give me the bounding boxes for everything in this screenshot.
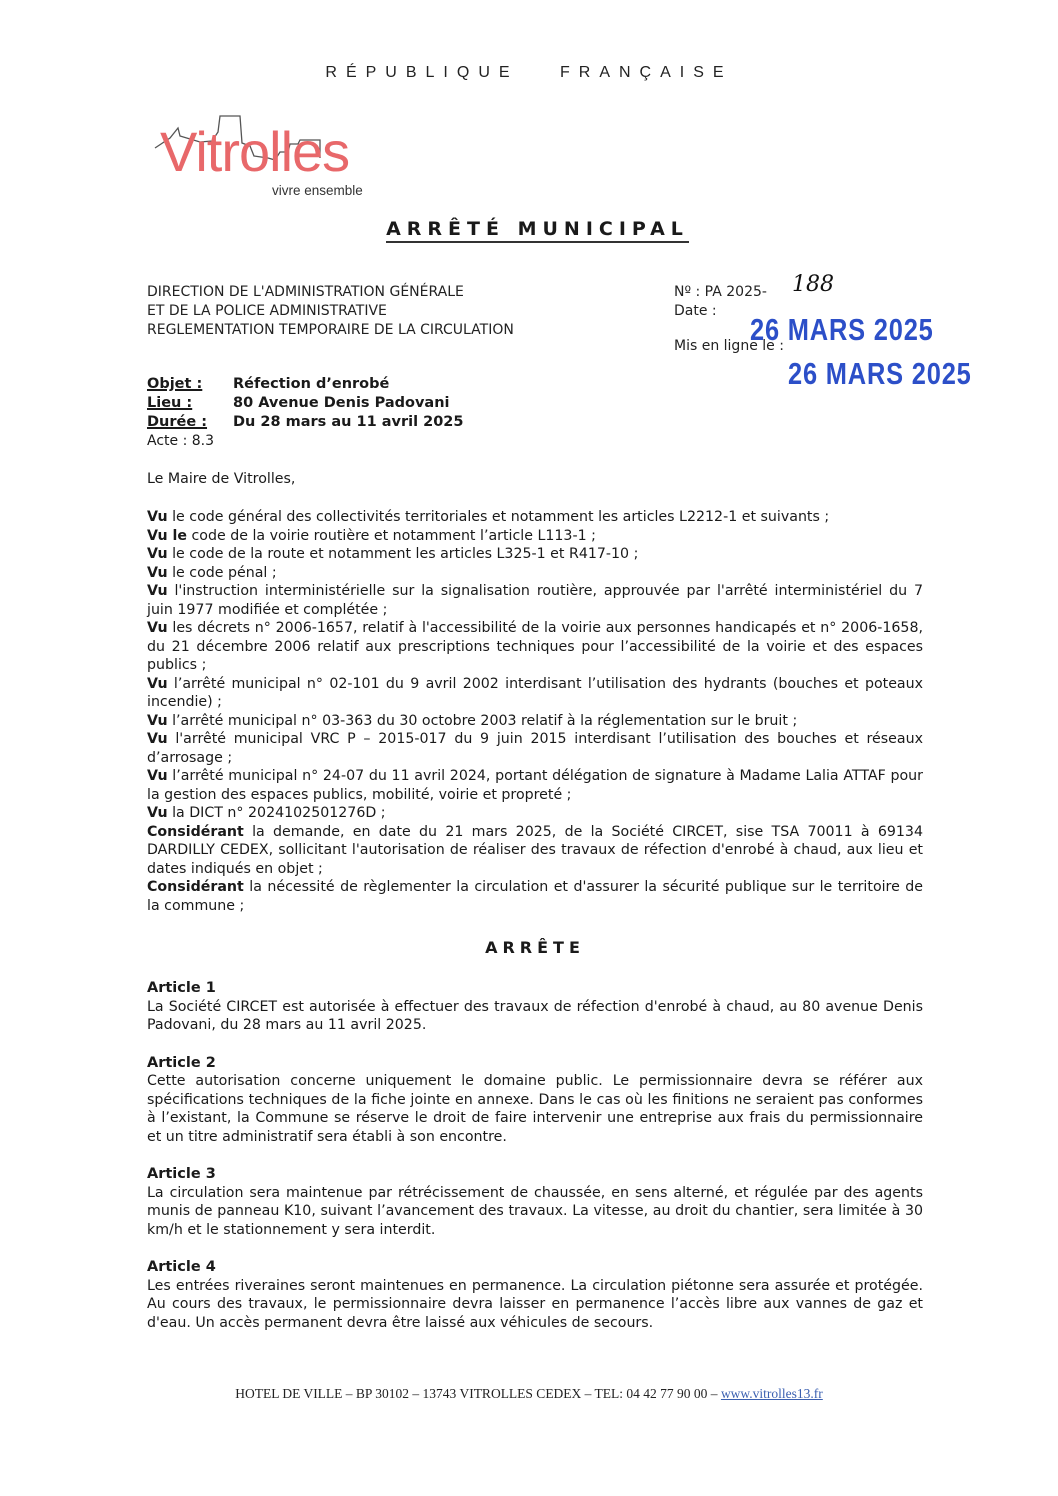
article-title: Article 3 [147,1165,923,1184]
consideration-text: code de la voirie routière et notamment … [187,528,596,544]
consideration-item: Vu le code de la route et notamment les … [147,545,923,564]
consideration-item: Vu les décrets n° 2006-1657, relatif à l… [147,619,923,675]
articles-list: Article 1La Société CIRCET est autorisée… [147,979,923,1351]
acte-number: Acte : 8.3 [147,432,463,451]
arrete-number-label: Nº : PA 2025- [674,284,767,300]
consideration-text: le code pénal ; [168,565,277,581]
consideration-keyword: Vu [147,565,168,581]
maire-line: Le Maire de Vitrolles, [147,470,923,489]
article-title: Article 2 [147,1054,923,1073]
consideration-item: Vu le code général des collectivités ter… [147,508,923,527]
objet-value: Réfection d’enrobé [233,375,389,394]
footer-address: HOTEL DE VILLE – BP 30102 – 13743 VITROL… [235,1386,721,1401]
consideration-keyword: Considérant [147,879,244,895]
consideration-keyword: Vu [147,768,168,784]
article: Article 2Cette autorisation concerne uni… [147,1054,923,1147]
duree-label: Durée : [147,414,207,430]
website-link[interactable]: www.vitrolles13.fr [721,1386,823,1401]
consideration-text: le code de la route et notamment les art… [168,546,639,562]
consideration-text: l'arrêté municipal VRC P – 2015-017 du 9… [147,731,923,766]
logo-tagline: vivre ensemble [272,183,363,198]
duree-value: Du 28 mars au 11 avril 2025 [233,413,463,432]
consideration-text: la nécessité de règlementer la circulati… [147,879,923,914]
consideration-keyword: Vu [147,546,168,562]
lieu-label: Lieu : [147,395,192,411]
consideration-item: Vu le code de la voirie routière et nota… [147,527,923,546]
online-stamp: 26 MARS 2025 [788,356,972,392]
consideration-item: Considérant la nécessité de règlementer … [147,878,923,915]
consideration-text: le code général des collectivités territ… [168,509,830,525]
consideration-text: la DICT n° 2024102501276D ; [168,805,386,821]
consideration-item: Vu l'arrêté municipal VRC P – 2015-017 d… [147,730,923,767]
article-text: La Société CIRCET est autorisée à effect… [147,998,923,1035]
consideration-item: Considérant la demande, en date du 21 ma… [147,823,923,879]
consideration-item: Vu l’arrêté municipal n° 24-07 du 11 avr… [147,767,923,804]
article: Article 4Les entrées riveraines seront m… [147,1258,923,1332]
article-title: Article 1 [147,979,923,998]
francaise-word: FRANÇAISE [560,64,733,81]
republique-word: RÉPUBLIQUE [325,64,518,81]
consideration-text: la demande, en date du 21 mars 2025, de … [147,824,923,877]
page-title: ARRÊTÉ MUNICIPAL [0,218,1058,240]
logo-wordmark: Vitrolles [160,124,349,180]
considerations-list: Vu le code général des collectivités ter… [147,508,923,915]
consideration-item: Vu la DICT n° 2024102501276D ; [147,804,923,823]
article-text: Les entrées riveraines seront maintenues… [147,1277,923,1333]
direction-line: DIRECTION DE L'ADMINISTRATION GÉNÉRALE [147,283,514,302]
arrete-heading: ARRÊTE [0,938,1058,957]
consideration-keyword: Vu le [147,528,187,544]
consideration-keyword: Vu [147,676,168,692]
consideration-item: Vu l’arrêté municipal n° 02-101 du 9 avr… [147,675,923,712]
consideration-item: Vu l'instruction interministérielle sur … [147,582,923,619]
consideration-text: l’arrêté municipal n° 02-101 du 9 avril … [147,676,923,711]
objet-label: Objet : [147,376,202,392]
consideration-keyword: Vu [147,731,168,747]
direction-line: ET DE LA POLICE ADMINISTRATIVE [147,302,514,321]
footer: HOTEL DE VILLE – BP 30102 – 13743 VITROL… [0,1386,1058,1402]
consideration-keyword: Vu [147,713,168,729]
consideration-item: Vu l’arrêté municipal n° 03-363 du 30 oc… [147,712,923,731]
lieu-value: 80 Avenue Denis Padovani [233,394,449,413]
direction-line: REGLEMENTATION TEMPORAIRE DE LA CIRCULAT… [147,321,514,340]
article-title: Article 4 [147,1258,923,1277]
consideration-keyword: Vu [147,583,168,599]
consideration-text: l'instruction interministérielle sur la … [147,583,923,618]
republique-francaise-heading: RÉPUBLIQUE FRANÇAISE [0,64,1058,82]
article: Article 3La circulation sera maintenue p… [147,1165,923,1239]
consideration-text: l’arrêté municipal n° 03-363 du 30 octob… [168,713,798,729]
date-stamp: 26 MARS 2025 [750,312,934,348]
article: Article 1La Société CIRCET est autorisée… [147,979,923,1035]
consideration-keyword: Vu [147,509,168,525]
meta-block: Objet :Réfection d’enrobé Lieu :80 Avenu… [147,375,463,451]
consideration-keyword: Considérant [147,824,244,840]
consideration-text: l’arrêté municipal n° 24-07 du 11 avril … [147,768,923,803]
article-text: La circulation sera maintenue par rétréc… [147,1184,923,1240]
direction-block: DIRECTION DE L'ADMINISTRATION GÉNÉRALE E… [147,283,514,340]
consideration-item: Vu le code pénal ; [147,564,923,583]
consideration-keyword: Vu [147,620,168,636]
arrete-number-handwritten: 188 [792,275,834,294]
consideration-text: les décrets n° 2006-1657, relatif à l'ac… [147,620,923,673]
consideration-keyword: Vu [147,805,168,821]
article-text: Cette autorisation concerne uniquement l… [147,1072,923,1146]
